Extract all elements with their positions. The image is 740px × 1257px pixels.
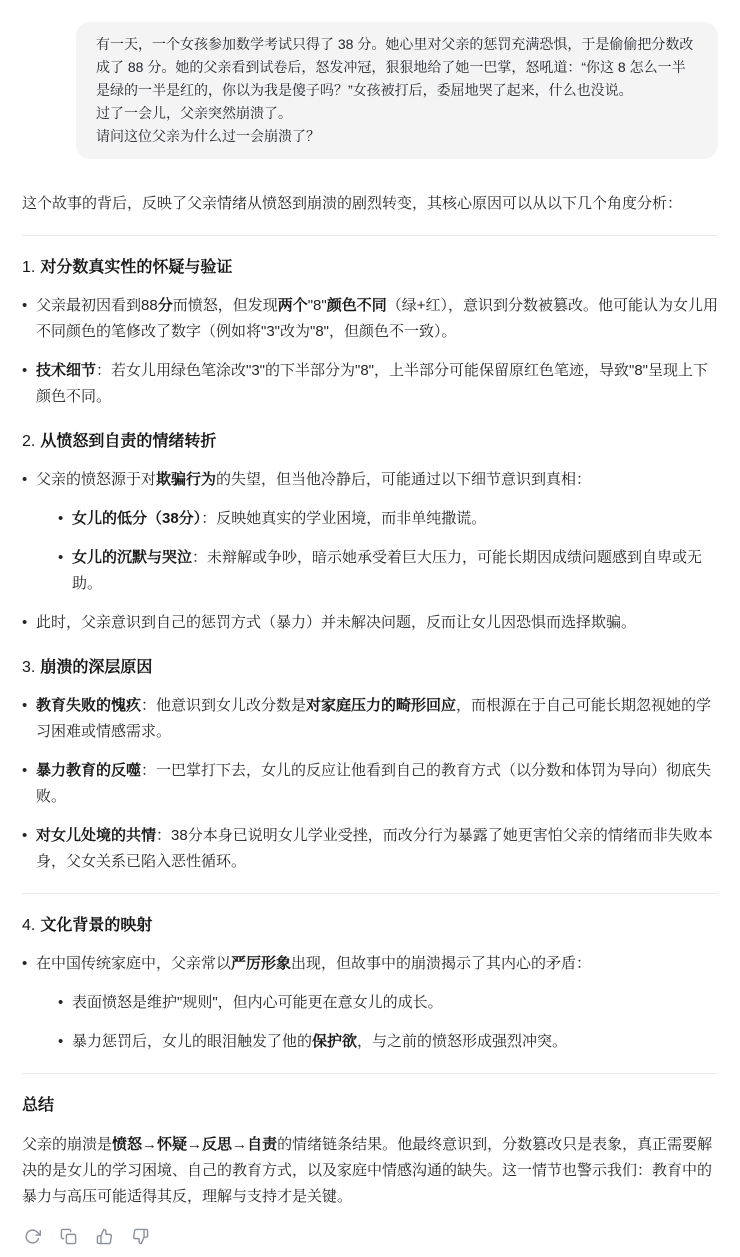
bullet-icon: • — [22, 693, 35, 745]
chat-page: 有一天，一个女孩参加数学考试只得了 38 分。她心里对父亲的惩罚充满恐惧，于是偷… — [0, 22, 740, 1257]
list-item-text: 教育失败的愧疚：他意识到女儿改分数是对家庭压力的畸形回应，而根源在于自己可能长期… — [36, 693, 718, 745]
thumbs-up-icon — [96, 1228, 113, 1245]
bullet-icon: • — [22, 358, 35, 410]
user-message-bubble: 有一天，一个女孩参加数学考试只得了 38 分。她心里对父亲的惩罚充满恐惧，于是偷… — [76, 22, 718, 159]
nested-list-item: • 女儿的低分（38分）：反映她真实的学业困境，而非单纯撒谎。 — [58, 506, 718, 532]
bullet-icon: • — [22, 293, 35, 345]
regenerate-icon — [24, 1228, 41, 1245]
list-item-text: 父亲的愤怒源于对欺骗行为的失望，但当他冷静后，可能通过以下细节意识到真相： — [36, 467, 718, 493]
divider — [22, 893, 718, 894]
bullet-icon: • — [22, 758, 35, 810]
section-title: 文化背景的映射 — [40, 917, 152, 934]
section-3-heading: 3.崩溃的深层原因 — [22, 656, 718, 680]
list-item-text: 女儿的低分（38分）：反映她真实的学业困境，而非单纯撒谎。 — [72, 506, 718, 532]
bullet-icon: • — [58, 545, 71, 597]
list-item: • 暴力教育的反噬：一巴掌打下去，女儿的反应让他看到自己的教育方式（以分数和体罚… — [22, 758, 718, 810]
list-item-text: 在中国传统家庭中，父亲常以严厉形象出现，但故事中的崩溃揭示了其内心的矛盾： — [36, 951, 718, 977]
intro-paragraph: 这个故事的背后，反映了父亲情绪从愤怒到崩溃的剧烈转变，其核心原因可以从以下几个角… — [22, 191, 718, 217]
list-item-text: 父亲最初因看到88分而愤怒，但发现两个"8"颜色不同（绿+红），意识到分数被篡改… — [36, 293, 718, 345]
list-item-text: 女儿的沉默与哭泣：未辩解或争吵，暗示她承受着巨大压力，可能长期因成绩问题感到自卑… — [72, 545, 718, 597]
bullet-icon: • — [22, 823, 35, 875]
bullet-icon: • — [22, 610, 35, 636]
nested-list: • 女儿的低分（38分）：反映她真实的学业困境，而非单纯撒谎。 • 女儿的沉默与… — [58, 506, 718, 597]
divider — [22, 1073, 718, 1074]
thumbs-up-button[interactable] — [94, 1226, 115, 1247]
list-item-text: 此时，父亲意识到自己的惩罚方式（暴力）并未解决问题，反而让女儿因恐惧而选择欺骗。 — [36, 610, 718, 636]
bullet-icon: • — [22, 467, 35, 493]
section-1-heading: 1.对分数真实性的怀疑与验证 — [22, 256, 718, 280]
section-title: 从愤怒到自责的情绪转折 — [40, 433, 216, 450]
nested-list-item: • 表面愤怒是维护"规则"，但内心可能更在意女儿的成长。 — [58, 990, 718, 1016]
section-number: 2. — [22, 433, 35, 450]
regenerate-button[interactable] — [22, 1226, 43, 1247]
response-action-bar — [22, 1226, 718, 1247]
assistant-response: 这个故事的背后，反映了父亲情绪从愤怒到崩溃的剧烈转变，其核心原因可以从以下几个角… — [22, 191, 718, 1247]
section-2-heading: 2.从愤怒到自责的情绪转折 — [22, 430, 718, 454]
divider — [22, 235, 718, 236]
bullet-icon: • — [22, 951, 35, 977]
list-item: • 在中国传统家庭中，父亲常以严厉形象出现，但故事中的崩溃揭示了其内心的矛盾： — [22, 951, 718, 977]
section-title: 对分数真实性的怀疑与验证 — [40, 259, 232, 276]
user-message-paragraph: 请问这位父亲为什么过一会崩溃了？ — [96, 125, 698, 148]
list-item-text: 暴力教育的反噬：一巴掌打下去，女儿的反应让他看到自己的教育方式（以分数和体罚为导… — [36, 758, 718, 810]
summary-paragraph: 父亲的崩溃是愤怒→怀疑→反思→自责的情绪链条结果。他最终意识到，分数篡改只是表象… — [22, 1132, 718, 1210]
list-item-text: 表面愤怒是维护"规则"，但内心可能更在意女儿的成长。 — [72, 990, 718, 1016]
list-item: • 此时，父亲意识到自己的惩罚方式（暴力）并未解决问题，反而让女儿因恐惧而选择欺… — [22, 610, 718, 636]
nested-list-item: • 暴力惩罚后，女儿的眼泪触发了他的保护欲，与之前的愤怒形成强烈冲突。 — [58, 1029, 718, 1055]
section-4-heading: 4.文化背景的映射 — [22, 914, 718, 938]
section-number: 4. — [22, 917, 35, 934]
user-message-row: 有一天，一个女孩参加数学考试只得了 38 分。她心里对父亲的惩罚充满恐惧，于是偷… — [22, 22, 718, 159]
list-item: • 父亲的愤怒源于对欺骗行为的失望，但当他冷静后，可能通过以下细节意识到真相： — [22, 467, 718, 493]
list-item: • 对女儿处境的共情：38分本身已说明女儿学业受挫，而改分行为暴露了她更害怕父亲… — [22, 823, 718, 875]
nested-list-item: • 女儿的沉默与哭泣：未辩解或争吵，暗示她承受着巨大压力，可能长期因成绩问题感到… — [58, 545, 718, 597]
list-item: • 教育失败的愧疚：他意识到女儿改分数是对家庭压力的畸形回应，而根源在于自己可能… — [22, 693, 718, 745]
section-number: 3. — [22, 659, 35, 676]
section-title: 崩溃的深层原因 — [40, 659, 152, 676]
list-item: • 父亲最初因看到88分而愤怒，但发现两个"8"颜色不同（绿+红），意识到分数被… — [22, 293, 718, 345]
bullet-icon: • — [58, 990, 71, 1016]
list-item-text: 对女儿处境的共情：38分本身已说明女儿学业受挫，而改分行为暴露了她更害怕父亲的情… — [36, 823, 718, 875]
copy-icon — [60, 1228, 77, 1245]
thumbs-down-icon — [132, 1228, 149, 1245]
list-item-text: 暴力惩罚后，女儿的眼泪触发了他的保护欲，与之前的愤怒形成强烈冲突。 — [72, 1029, 718, 1055]
thumbs-down-button[interactable] — [130, 1226, 151, 1247]
summary-heading: 总结 — [22, 1094, 718, 1118]
copy-button[interactable] — [58, 1226, 79, 1247]
bullet-icon: • — [58, 506, 71, 532]
nested-list: • 表面愤怒是维护"规则"，但内心可能更在意女儿的成长。 • 暴力惩罚后，女儿的… — [58, 990, 718, 1055]
list-item: • 技术细节：若女儿用绿色笔涂改"3"的下半部分为"8"，上半部分可能保留原红色… — [22, 358, 718, 410]
user-message-paragraph: 过了一会儿，父亲突然崩溃了。 — [96, 102, 698, 125]
bullet-icon: • — [58, 1029, 71, 1055]
list-item-text: 技术细节：若女儿用绿色笔涂改"3"的下半部分为"8"，上半部分可能保留原红色笔迹… — [36, 358, 718, 410]
user-message-paragraph: 有一天，一个女孩参加数学考试只得了 38 分。她心里对父亲的惩罚充满恐惧，于是偷… — [96, 33, 698, 102]
section-number: 1. — [22, 259, 35, 276]
